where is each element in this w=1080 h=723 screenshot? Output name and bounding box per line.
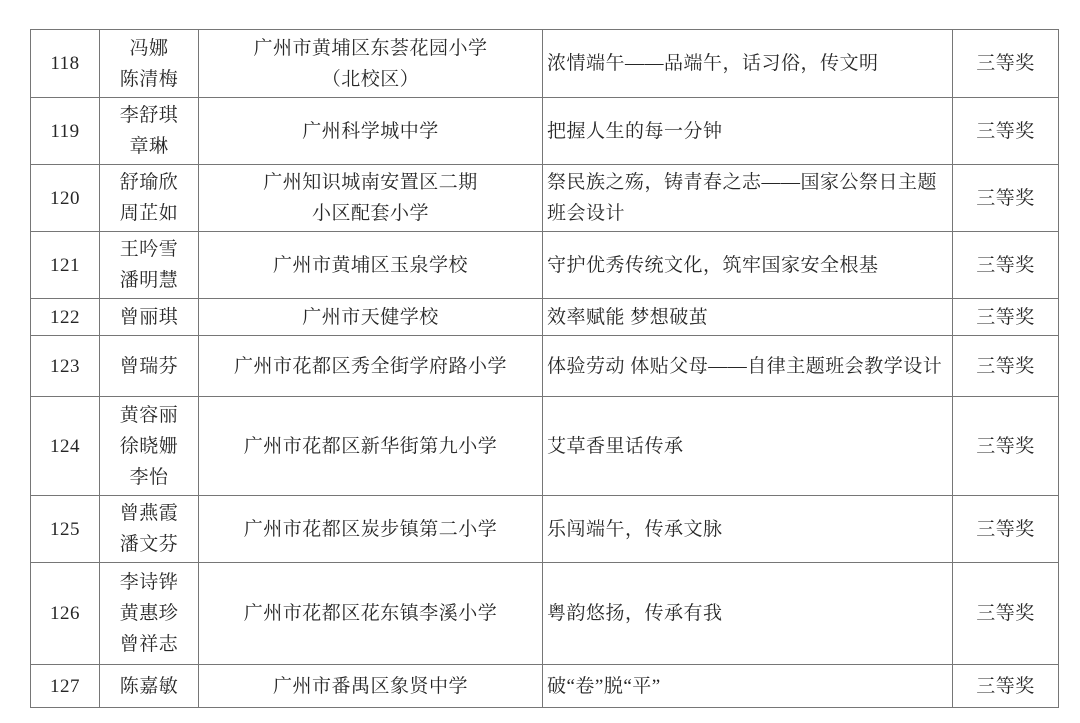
cell-award: 三等奖 xyxy=(953,496,1059,563)
cell-award: 三等奖 xyxy=(953,30,1059,98)
cell-index: 123 xyxy=(31,336,100,397)
cell-work-title: 把握人生的每一分钟 xyxy=(543,98,953,165)
cell-school: 广州市黄埔区玉泉学校 xyxy=(199,232,543,299)
cell-award: 三等奖 xyxy=(953,563,1059,665)
cell-work-title: 艾草香里话传承 xyxy=(543,397,953,496)
cell-teacher-names: 舒瑜欣 周芷如 xyxy=(100,165,199,232)
cell-teacher-names: 曾瑞芬 xyxy=(100,336,199,397)
cell-school: 广州市花都区秀全街学府路小学 xyxy=(199,336,543,397)
cell-index: 124 xyxy=(31,397,100,496)
cell-work-title: 效率赋能 梦想破茧 xyxy=(543,299,953,336)
cell-teacher-names: 曾丽琪 xyxy=(100,299,199,336)
award-table: 118 冯娜 陈清梅 广州市黄埔区东荟花园小学 （北校区） 浓情端午——品端午，… xyxy=(30,29,1059,708)
cell-award: 三等奖 xyxy=(953,299,1059,336)
cell-work-title: 破“卷”脱“平” xyxy=(543,665,953,708)
cell-work-title: 体验劳动 体贴父母——自律主题班会教学设计 xyxy=(543,336,953,397)
table-row: 120 舒瑜欣 周芷如 广州知识城南安置区二期 小区配套小学 祭民族之殇，铸青春… xyxy=(31,165,1059,232)
award-table-body: 118 冯娜 陈清梅 广州市黄埔区东荟花园小学 （北校区） 浓情端午——品端午，… xyxy=(31,30,1059,708)
cell-teacher-names: 曾燕霞 潘文芬 xyxy=(100,496,199,563)
table-row: 122 曾丽琪 广州市天健学校 效率赋能 梦想破茧 三等奖 xyxy=(31,299,1059,336)
document-page: 118 冯娜 陈清梅 广州市黄埔区东荟花园小学 （北校区） 浓情端午——品端午，… xyxy=(0,0,1080,723)
cell-school: 广州知识城南安置区二期 小区配套小学 xyxy=(199,165,543,232)
table-row: 125 曾燕霞 潘文芬 广州市花都区炭步镇第二小学 乐闯端午，传承文脉 三等奖 xyxy=(31,496,1059,563)
cell-index: 122 xyxy=(31,299,100,336)
cell-school: 广州市天健学校 xyxy=(199,299,543,336)
cell-award: 三等奖 xyxy=(953,98,1059,165)
cell-award: 三等奖 xyxy=(953,165,1059,232)
table-row: 123 曾瑞芬 广州市花都区秀全街学府路小学 体验劳动 体贴父母——自律主题班会… xyxy=(31,336,1059,397)
cell-award: 三等奖 xyxy=(953,232,1059,299)
cell-index: 118 xyxy=(31,30,100,98)
cell-school: 广州市黄埔区东荟花园小学 （北校区） xyxy=(199,30,543,98)
cell-index: 121 xyxy=(31,232,100,299)
cell-award: 三等奖 xyxy=(953,665,1059,708)
cell-school: 广州市花都区炭步镇第二小学 xyxy=(199,496,543,563)
cell-work-title: 乐闯端午，传承文脉 xyxy=(543,496,953,563)
table-row: 127 陈嘉敏 广州市番禺区象贤中学 破“卷”脱“平” 三等奖 xyxy=(31,665,1059,708)
cell-school: 广州市花都区花东镇李溪小学 xyxy=(199,563,543,665)
cell-teacher-names: 黄容丽 徐晓姗 李怡 xyxy=(100,397,199,496)
cell-work-title: 祭民族之殇，铸青春之志——国家公祭日主题班会设计 xyxy=(543,165,953,232)
cell-teacher-names: 王吟雪 潘明慧 xyxy=(100,232,199,299)
cell-school: 广州科学城中学 xyxy=(199,98,543,165)
cell-index: 126 xyxy=(31,563,100,665)
cell-award: 三等奖 xyxy=(953,336,1059,397)
table-row: 126 李诗铧 黄惠珍 曾祥志 广州市花都区花东镇李溪小学 粤韵悠扬，传承有我 … xyxy=(31,563,1059,665)
cell-index: 120 xyxy=(31,165,100,232)
cell-school: 广州市番禺区象贤中学 xyxy=(199,665,543,708)
cell-teacher-names: 陈嘉敏 xyxy=(100,665,199,708)
cell-work-title: 守护优秀传统文化，筑牢国家安全根基 xyxy=(543,232,953,299)
table-row: 118 冯娜 陈清梅 广州市黄埔区东荟花园小学 （北校区） 浓情端午——品端午，… xyxy=(31,30,1059,98)
cell-work-title: 粤韵悠扬，传承有我 xyxy=(543,563,953,665)
cell-school: 广州市花都区新华街第九小学 xyxy=(199,397,543,496)
cell-teacher-names: 李诗铧 黄惠珍 曾祥志 xyxy=(100,563,199,665)
cell-work-title: 浓情端午——品端午，话习俗，传文明 xyxy=(543,30,953,98)
cell-index: 119 xyxy=(31,98,100,165)
cell-teacher-names: 李舒琪 章琳 xyxy=(100,98,199,165)
cell-index: 125 xyxy=(31,496,100,563)
cell-teacher-names: 冯娜 陈清梅 xyxy=(100,30,199,98)
table-row: 121 王吟雪 潘明慧 广州市黄埔区玉泉学校 守护优秀传统文化，筑牢国家安全根基… xyxy=(31,232,1059,299)
cell-index: 127 xyxy=(31,665,100,708)
cell-award: 三等奖 xyxy=(953,397,1059,496)
table-row: 124 黄容丽 徐晓姗 李怡 广州市花都区新华街第九小学 艾草香里话传承 三等奖 xyxy=(31,397,1059,496)
table-row: 119 李舒琪 章琳 广州科学城中学 把握人生的每一分钟 三等奖 xyxy=(31,98,1059,165)
